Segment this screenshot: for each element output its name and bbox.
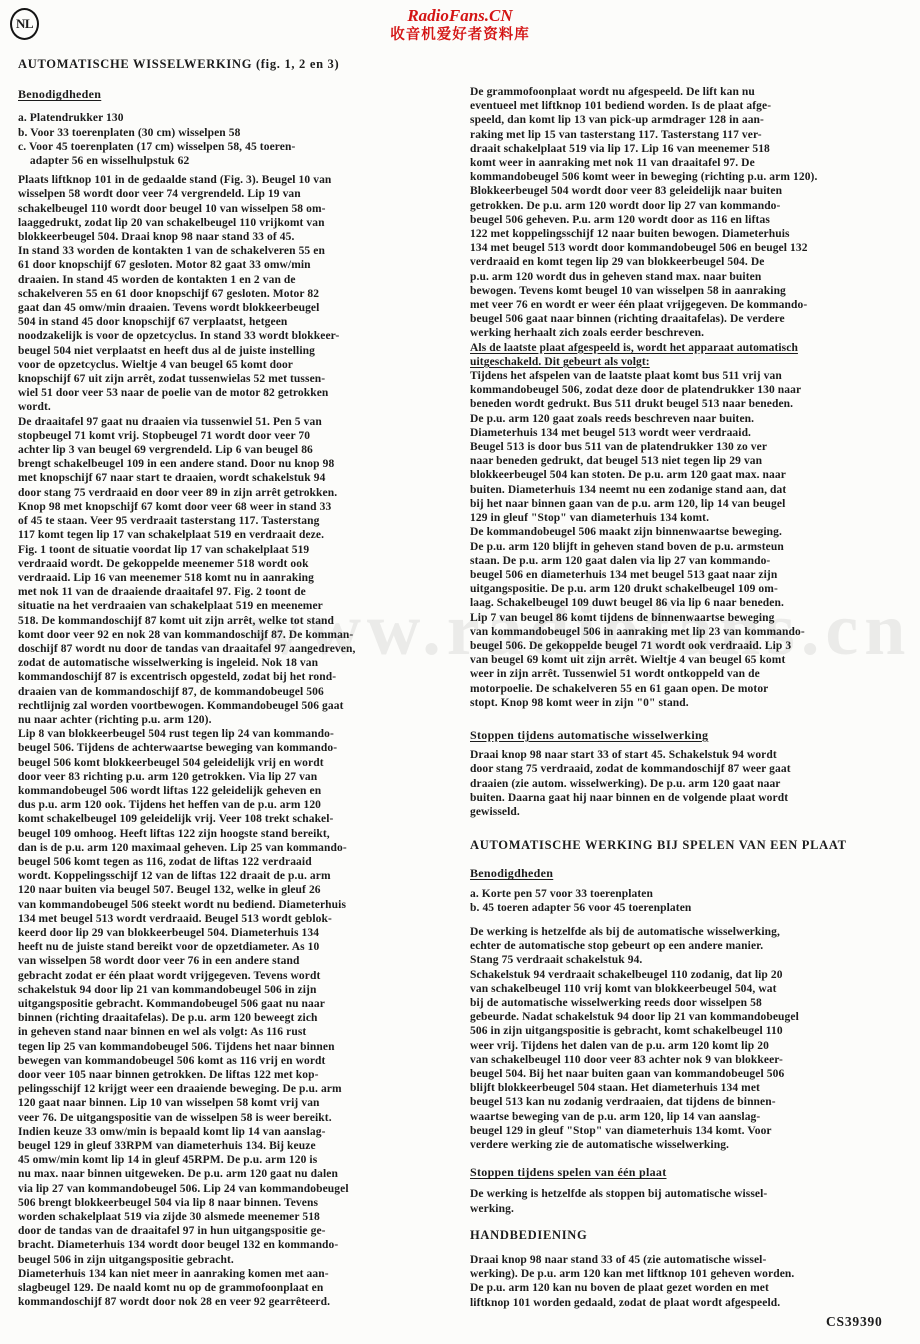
text-line: kommandoschijf 87 wordt door nok 28 en v…	[18, 1295, 464, 1309]
text-line: beugel 506. De gekoppelde beugel 71 word…	[470, 639, 916, 653]
text-line: dan is de p.u. arm 120 maximaal geheven.…	[18, 841, 464, 855]
text-line: blokkeerbeugel 504 kan stoten. De p.u. a…	[470, 468, 916, 482]
text-line: De kommandobeugel 506 maakt zijn binnenw…	[470, 525, 916, 539]
text-line: brengt schakelbeugel 109 in een andere s…	[18, 457, 464, 471]
spacer	[470, 1242, 916, 1253]
text-line: eventueel met liftknop 101 bediend worde…	[470, 99, 916, 113]
text-line: beugel 504 niet verplaatst en heeft dus …	[18, 344, 464, 358]
text-line: Stoppen tijdens automatische wisselwerki…	[470, 728, 916, 742]
spacer	[470, 915, 916, 925]
text-line: verdere werking zie de automatische wiss…	[470, 1138, 916, 1152]
requirements-list: a. Platendrukker 130b. Voor 33 toerenpla…	[18, 111, 464, 168]
left-column: AUTOMATISCHE WISSELWERKING (fig. 1, 2 en…	[18, 57, 464, 1309]
text-line: beugel 504. Bij het naar buiten gaan van…	[470, 1067, 916, 1081]
paragraph-stop-single: De werking is hetzelfde als stoppen bij …	[470, 1187, 916, 1215]
text-line: draaien van de kommandoschijf 87, de kom…	[18, 685, 464, 699]
text-line: zodat de automatische wisselwerking is i…	[18, 656, 464, 670]
section-title-handbediening: HANDBEDIENING	[470, 1228, 916, 1242]
spacer	[18, 101, 464, 111]
spacer	[470, 1179, 916, 1187]
text-line: beugel 506 gaat naar binnen (richting dr…	[470, 312, 916, 326]
text-line: Lip 8 van blokkeerbeugel 504 rust tegen …	[18, 727, 464, 741]
text-line: dus p.u. arm 120 ook. Tijdens het heffen…	[18, 798, 464, 812]
section-title-single-play: AUTOMATISCHE WERKING BIJ SPELEN VAN EEN …	[470, 838, 916, 852]
text-line: keerd door lip 29 van blokkeerbeugel 504…	[18, 926, 464, 940]
text-line: Diameterhuis 134 kan niet meer in aanrak…	[18, 1267, 464, 1281]
paragraph-shutdown: De kommandobeugel 506 maakt zijn binnenw…	[470, 525, 916, 710]
text-line: beugel 109 omhoog. Heeft liftas 122 zijn…	[18, 827, 464, 841]
spacer	[18, 71, 464, 87]
text-line: b. 45 toeren adapter 56 voor 45 toerenpl…	[470, 901, 916, 915]
text-line: 120 gaat naar binnen. Lip 10 van wisselp…	[18, 1096, 464, 1110]
text-line: nu naar achter (richting p.u. arm 120).	[18, 713, 464, 727]
text-line: Beugel 513 is door bus 511 van de platen…	[470, 440, 916, 454]
text-line: weer vrij. Tijdens het dalen van de p.u.…	[470, 1039, 916, 1053]
text-line: raking met lip 15 van tasterstang 117. T…	[470, 128, 916, 142]
text-line: beugel 506 en diameterhuis 134 met beuge…	[470, 568, 916, 582]
text-line: liftknop 101 worden gedaald, zodat de pl…	[470, 1296, 916, 1310]
document-page: NL RadioFans.CN 收音机爱好者资料库 www.radiofans.…	[0, 0, 920, 1344]
text-line: werking.	[470, 1202, 916, 1216]
spacer	[470, 1152, 916, 1165]
text-line: Knop 98 met knopschijf 67 komt door veer…	[18, 500, 464, 514]
text-line: 117 komt tegen lip 17 van schakelplaat 5…	[18, 528, 464, 542]
text-line: weer in zijn arrêt. Tussenwiel 51 wordt …	[470, 667, 916, 681]
text-line: door veer 105 naar binnen getrokken. De …	[18, 1068, 464, 1082]
paragraph-needle-lands: Diameterhuis 134 kan niet meer in aanrak…	[18, 1267, 464, 1310]
text-line: Indien keuze 33 omw/min is bepaald komt …	[18, 1125, 464, 1139]
text-line: 504 in stand 45 door knopschijf 67 verpl…	[18, 315, 464, 329]
paragraph-start-cycle: Plaats liftknop 101 in de gedaalde stand…	[18, 173, 464, 414]
text-line: laag. Schakelbeugel 109 duwt beugel 86 v…	[470, 596, 916, 610]
text-line: gewisseld.	[470, 805, 916, 819]
text-line: werking herhaalt zich zoals eerder besch…	[470, 326, 916, 340]
spacer	[470, 1216, 916, 1228]
text-line: De grammofoonplaat wordt nu afgespeeld. …	[470, 85, 916, 99]
text-line: 120 naar buiten via beugel 507. Beugel 1…	[18, 883, 464, 897]
text-line: a. Platendrukker 130	[18, 111, 464, 125]
text-line: veer 76. De uitgangspositie van de wisse…	[18, 1111, 464, 1125]
paragraph-stop-during-change: Draai knop 98 naar start 33 of start 45.…	[470, 748, 916, 819]
text-line: van kommandobeugel 506 steekt wordt nu b…	[18, 898, 464, 912]
text-line: door stang 75 verdraaid en door veer 89 …	[18, 486, 464, 500]
text-line: De draaitafel 97 gaat nu draaien via tus…	[18, 415, 464, 429]
text-line: Als de laatste plaat afgespeeld is, word…	[470, 341, 916, 355]
text-line: stopbeugel 71 komt vrij. Stopbeugel 71 w…	[18, 429, 464, 443]
text-line: c. Voor 45 toerenplaten (17 cm) wisselpe…	[18, 140, 464, 154]
text-line: Draai knop 98 naar stand 33 of 45 (zie a…	[470, 1253, 916, 1267]
paragraph-turntable: De draaitafel 97 gaat nu draaien via tus…	[18, 415, 464, 727]
text-line: 45 omw/min komt lip 14 in gleuf 45RPM. D…	[18, 1153, 464, 1167]
text-line: Tijdens het afspelen van de laatste plaa…	[470, 369, 916, 383]
text-line: kommandobeugel 506 komt weer in beweging…	[470, 170, 916, 184]
benodigdheden-heading-2: Benodigdheden	[470, 866, 916, 880]
text-line: verdraaid. Lip 16 van meenemer 518 komt …	[18, 571, 464, 585]
text-line: bij het naar binnen gaan van de p.u. arm…	[470, 497, 916, 511]
text-line: echter de automatische stop gebeurt op e…	[470, 939, 916, 953]
text-line: In stand 33 worden de kontakten 1 van de…	[18, 244, 464, 258]
text-line: 506 in zijn uitgangspositie is gebracht,…	[470, 1024, 916, 1038]
text-line: kommandobeugel 506 wordt liftas 122 gele…	[18, 784, 464, 798]
text-line: a. Korte pen 57 voor 33 toerenplaten	[470, 887, 916, 901]
text-line: met knopschijf 67 naar start te draaien,…	[18, 471, 464, 485]
text-line: van schakelbeugel 110 vrij komt van blok…	[470, 982, 916, 996]
text-line: schakelveren 55 en 61 door knopschijf 67…	[18, 287, 464, 301]
text-line: tegen lip 25 van kommandobeugel 506. Tij…	[18, 1040, 464, 1054]
text-line: speeld, dan komt lip 13 van pick-up armd…	[470, 113, 916, 127]
text-line: 61 door knopschijf 67 gesloten. Motor 82…	[18, 258, 464, 272]
text-line: De werking is hetzelfde als stoppen bij …	[470, 1187, 916, 1201]
stoppen-wisselwerking-heading: Stoppen tijdens automatische wisselwerki…	[470, 728, 916, 742]
text-line: verdraaid wordt. De gekoppelde meenemer …	[18, 557, 464, 571]
text-line: kommandobeugel 506, zodat deze door de p…	[470, 383, 916, 397]
text-line: bij de automatische wisselwerking reeds …	[470, 996, 916, 1010]
text-line: Plaats liftknop 101 in de gedaalde stand…	[18, 173, 464, 187]
text-line: wordt.	[18, 400, 464, 414]
text-line: beugel 506 komt tegen as 116, zodat de l…	[18, 855, 464, 869]
text-line: wordt. Koppelingsschijf 12 van de liftas…	[18, 869, 464, 883]
spacer	[470, 710, 916, 728]
text-line: werking). De p.u. arm 120 kan met liftkn…	[470, 1267, 916, 1281]
text-line: Benodigdheden	[18, 87, 464, 101]
text-line: pelingsschijf 12 krijgt weer een draaien…	[18, 1082, 464, 1096]
spacer	[470, 57, 916, 85]
text-line: worden schakelplaat 519 via zijde 30 als…	[18, 1210, 464, 1224]
text-line: of 45 te staan. Veer 95 verdraait taster…	[18, 514, 464, 528]
text-line: komt weer in aanraking met nok 11 van dr…	[470, 156, 916, 170]
paragraph-manual: Draai knop 98 naar stand 33 of 45 (zie a…	[470, 1253, 916, 1310]
radiofans-brand-chinese: 收音机爱好者资料库	[0, 26, 920, 44]
document-code: CS39390	[826, 1314, 883, 1330]
paragraph-last-record: Tijdens het afspelen van de laatste plaa…	[470, 369, 916, 525]
radiofans-brand: RadioFans.CN	[0, 5, 920, 26]
text-line: Diameterhuis 134 met beugel 513 wordt we…	[470, 426, 916, 440]
text-line: bewegen van kommandobeugel 506 komt as 1…	[18, 1054, 464, 1068]
text-line: van wisselpen 58 wordt door veer 76 in e…	[18, 954, 464, 968]
text-line: Draai knop 98 naar start 33 of start 45.…	[470, 748, 916, 762]
text-line: draaien. In stand 45 worden de kontakten…	[18, 273, 464, 287]
text-line: gebeurde. Nadat schakelstuk 94 door lip …	[470, 1010, 916, 1024]
text-line: door de tandas van de draaitafel 97 in h…	[18, 1224, 464, 1238]
requirements-list-2: a. Korte pen 57 voor 33 toerenplatenb. 4…	[470, 887, 916, 915]
text-line: waartse beweging van de p.u. arm 120, li…	[470, 1110, 916, 1124]
text-line: 134 met beugel 513 wordt verdraaid. Beug…	[18, 912, 464, 926]
text-line: uitgangspositie gebracht. Kommandobeugel…	[18, 997, 464, 1011]
text-line: beneden wordt gedrukt. Bus 511 drukt beu…	[470, 397, 916, 411]
text-line: slagbeugel 129. De naald komt nu op de g…	[18, 1281, 464, 1295]
text-line: heeft nu de juiste stand bereikt voor de…	[18, 940, 464, 954]
text-line: doschijf 87 wordt nu door de tandas van …	[18, 642, 464, 656]
text-line: schakelstuk 94 door lip 21 van kommandob…	[18, 983, 464, 997]
text-line: beugel 513 kan nu zodanig verdraaien, da…	[470, 1095, 916, 1109]
paragraph-single-play: De werking is hetzelfde als bij de autom…	[470, 925, 916, 1152]
text-line: achter lip 3 van beugel 69 vergrendeld. …	[18, 443, 464, 457]
text-line: in geheven stand naar binnen en wel als …	[18, 1025, 464, 1039]
text-line: Blokkeerbeugel 504 wordt door veer 83 ge…	[470, 184, 916, 198]
text-line: komt schakelbeugel 109 geleidelijk vrij.…	[18, 812, 464, 826]
text-line: komt door veer 92 en nok 28 van kommando…	[18, 628, 464, 642]
text-line: wisselpen 58 wordt door veer 74 vergrend…	[18, 187, 464, 201]
text-line: Stoppen tijdens spelen van één plaat	[470, 1165, 916, 1179]
text-line: stopt. Knop 98 komt weer in zijn "0" sta…	[470, 696, 916, 710]
paragraph-record-plays: De grammofoonplaat wordt nu afgespeeld. …	[470, 85, 916, 341]
text-line: De werking is hetzelfde als bij de autom…	[470, 925, 916, 939]
text-line: rechtlijnig zal worden voortbewogen. Kom…	[18, 699, 464, 713]
text-line: kommandoschijf 87 is excentrisch opgeste…	[18, 670, 464, 684]
spacer	[470, 819, 916, 838]
text-line: Fig. 1 toont de situatie voordat lip 17 …	[18, 543, 464, 557]
text-line: beugel 506 in zijn uitgangspositie gebra…	[18, 1253, 464, 1267]
text-line: draaien (zie autom. wisselwerking). De p…	[470, 777, 916, 791]
text-line: verdraaid en komt tegen lip 29 van blokk…	[470, 255, 916, 269]
text-line: 518. De kommandoschijf 87 komt uit zijn …	[18, 614, 464, 628]
text-line: De p.u. arm 120 gaat zoals reeds beschre…	[470, 412, 916, 426]
text-line: draait schakelplaat 519 via lip 17. Lip …	[470, 142, 916, 156]
text-line: blijft blokkeerbeugel 504 staan. Het dia…	[470, 1081, 916, 1095]
text-line: uitgangspositie. De p.u. arm 120 drukt s…	[470, 582, 916, 596]
text-line: 134 met beugel 513 wordt door kommandobe…	[470, 241, 916, 255]
text-line: buiten. Diameterhuis 134 neemt nu een zo…	[470, 483, 916, 497]
text-line: van beugel 69 komt uit zijn arrêt. Wielt…	[470, 653, 916, 667]
text-line: uitgeschakeld. Dit gebeurt als volgt:	[470, 355, 916, 369]
text-line: buiten. Daarna gaat hij naar binnen en d…	[470, 791, 916, 805]
text-line: beugel 506 komt blokkeerbeugel 504 gelei…	[18, 756, 464, 770]
text-line: beugel 506 geheven. P.u. arm 120 wordt d…	[470, 213, 916, 227]
text-line: staan. De p.u. arm 120 gaat dalen via li…	[470, 554, 916, 568]
text-line: b. Voor 33 toerenplaten (30 cm) wisselpe…	[18, 126, 464, 140]
text-line: met nok 11 van de draaiende draaitafel 9…	[18, 585, 464, 599]
text-line: door stang 75 verdraaid, zodat de komman…	[470, 762, 916, 776]
text-line: via lip 27 van kommandobeugel 506. Lip 2…	[18, 1182, 464, 1196]
paragraph-command-bracket: Lip 8 van blokkeerbeugel 504 rust tegen …	[18, 727, 464, 1267]
text-line: Lip 7 van beugel 86 komt tijdens de binn…	[470, 611, 916, 625]
text-line: gaat dan 45 omw/min draaien. Tevens word…	[18, 301, 464, 315]
text-line: bewogen. Tevens komt beugel 10 van wisse…	[470, 284, 916, 298]
right-column: De grammofoonplaat wordt nu afgespeeld. …	[470, 57, 916, 1310]
text-line: 129 in gleuf "Stop" van diameterhuis 134…	[470, 511, 916, 525]
text-line: van schakelbeugel 110 door veer 83 achte…	[470, 1053, 916, 1067]
text-line: voor de opzetcyclus. Wieltje 4 van beuge…	[18, 358, 464, 372]
last-record-notice: Als de laatste plaat afgespeeld is, word…	[470, 341, 916, 369]
text-line: De p.u. arm 120 kan nu boven de plaat ge…	[470, 1281, 916, 1295]
text-line: bracht. Diameterhuis 134 wordt door beug…	[18, 1238, 464, 1252]
text-line: p.u. arm 120 wordt dus in geheven stand …	[470, 270, 916, 284]
text-line: beugel 129 in gleuf "Stop" van diameterh…	[470, 1124, 916, 1138]
text-line: situatie na het verdraaien van schakelpl…	[18, 599, 464, 613]
text-line: Stang 75 verdraait schakelstuk 94.	[470, 953, 916, 967]
text-line: knopschijf 67 uit zijn arrêt, zodat tuss…	[18, 372, 464, 386]
text-line: getrokken. De p.u. arm 120 wordt door li…	[470, 199, 916, 213]
text-line: beugel 506. Tijdens de achterwaartse bew…	[18, 741, 464, 755]
text-line: wiel 51 door veer 53 naar de poelie van …	[18, 386, 464, 400]
text-line: binnen (richting draaitafelas). De p.u. …	[18, 1011, 464, 1025]
text-line: door veer 83 richting p.u. arm 120 getro…	[18, 770, 464, 784]
stoppen-single-heading: Stoppen tijdens spelen van één plaat	[470, 1165, 916, 1179]
page-title: AUTOMATISCHE WISSELWERKING (fig. 1, 2 en…	[18, 57, 464, 71]
text-line: blokkeerbeugel 504. Draai knop 98 naar s…	[18, 230, 464, 244]
text-line: naar beneden gedrukt, dat beugel 513 nie…	[470, 454, 916, 468]
text-line: gebracht zodat er één plaat wordt vrijge…	[18, 969, 464, 983]
text-line: van kommandobeugel 506 in aanraking met …	[470, 625, 916, 639]
text-line: nu max. naar binnen uitgeweken. De p.u. …	[18, 1167, 464, 1181]
text-line: adapter 56 en wisselhulpstuk 62	[18, 154, 464, 168]
benodigdheden-heading: Benodigdheden	[18, 87, 464, 101]
spacer	[470, 852, 916, 866]
text-line: De p.u. arm 120 blijft in geheven stand …	[470, 540, 916, 554]
text-line: motorpoelie. De schakelveren 55 en 61 ga…	[470, 682, 916, 696]
text-line: 122 met koppelingsschijf 12 naar buiten …	[470, 227, 916, 241]
text-line: Schakelstuk 94 verdraait schakelbeugel 1…	[470, 968, 916, 982]
text-line: met veer 76 en wordt er weer één plaat v…	[470, 298, 916, 312]
text-line: laaggedrukt, zodat lip 20 van schakelbeu…	[18, 216, 464, 230]
site-header: RadioFans.CN 收音机爱好者资料库	[0, 5, 920, 44]
text-line: beugel 129 in gleuf 33RPM van diameterhu…	[18, 1139, 464, 1153]
text-line: schakelbeugel 110 wordt door beugel 10 v…	[18, 202, 464, 216]
text-line: Benodigdheden	[470, 866, 916, 880]
text-line: noodzakelijk is voor de opzetcyclus. In …	[18, 329, 464, 343]
text-line: 506 brengt blokkeerbeugel 504 via lip 8 …	[18, 1196, 464, 1210]
